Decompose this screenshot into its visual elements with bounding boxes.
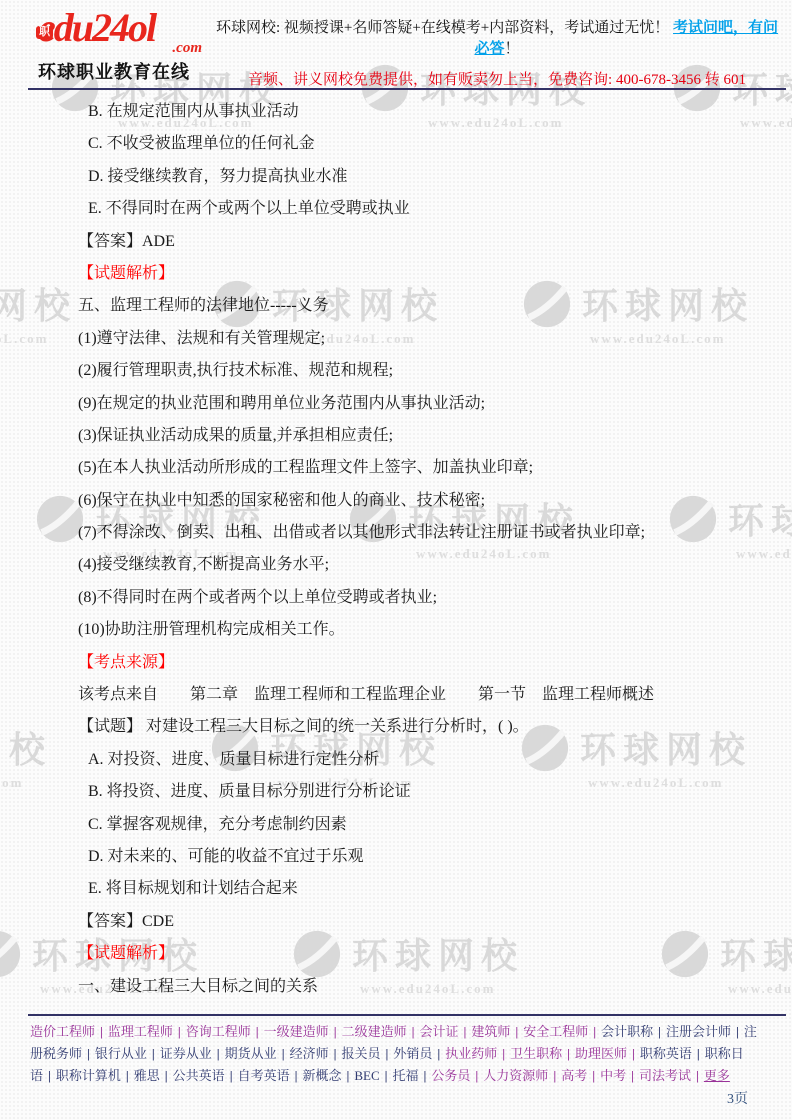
footer-link[interactable]: 卫生职称 (510, 1046, 562, 1061)
separator: | (592, 1068, 595, 1083)
content-line: (4)接受继续教育,不断提高业务水平; (0, 549, 792, 581)
footer-link[interactable]: 自考英语 (238, 1068, 290, 1083)
page-number: 3页 (727, 1088, 748, 1108)
footer-links: 造价工程师|监理工程师|咨询工程师|一级建造师|二级建造师|会计证|建筑师|安全… (0, 1016, 792, 1087)
separator: | (567, 1046, 570, 1061)
footer-link[interactable]: 二级建造师 (342, 1024, 407, 1039)
content-line: C. 掌握客观规律，充分考虑制约因素 (0, 809, 792, 841)
footer-link[interactable]: 银行从业 (95, 1046, 147, 1061)
logo-brand-text: edu24ol (38, 5, 155, 50)
content-line: (10)协助注册管理机构完成相关工作。 (0, 614, 792, 646)
footer-link[interactable]: 助理医师 (575, 1046, 627, 1061)
footer-link[interactable]: 会计职称 (601, 1024, 653, 1039)
content-line: D. 对未来的、可能的收益不宜过于乐观 (0, 841, 792, 873)
separator: | (126, 1068, 129, 1083)
footer-link[interactable]: 期货从业 (225, 1046, 277, 1061)
footer-link[interactable]: 职称计算机 (56, 1068, 121, 1083)
content-line: B. 在规定范围内从事执业活动 (0, 96, 792, 128)
footer-link[interactable]: 会计证 (419, 1024, 458, 1039)
content-line: 该考点来自 第二章 监理工程师和工程监理企业 第一节 监理工程师概述 (0, 679, 792, 711)
content-line: (3)保证执业活动成果的质量,并承担相应责任; (0, 420, 792, 452)
content-line: D. 接受继续教育，努力提高执业水准 (0, 161, 792, 193)
footer-link[interactable]: 造价工程师 (30, 1024, 95, 1039)
footer-link[interactable]: 注册会计师 (666, 1024, 731, 1039)
separator: | (463, 1024, 466, 1039)
edu24ol-logo: 职 edu24ol .com 环球职业教育在线 (38, 8, 208, 84)
content-line: 【答案】CDE (0, 906, 792, 938)
separator: | (658, 1024, 661, 1039)
footer-link[interactable]: 新概念 (302, 1068, 341, 1083)
separator: | (178, 1024, 181, 1039)
footer-link[interactable]: 监理工程师 (108, 1024, 173, 1039)
footer-link[interactable]: 人力资源师 (483, 1068, 548, 1083)
footer-link[interactable]: 高考 (561, 1068, 587, 1083)
footer-link[interactable]: 公共英语 (173, 1068, 225, 1083)
logo-badge: 职 (36, 26, 53, 39)
separator: | (697, 1046, 700, 1061)
separator: | (502, 1046, 505, 1061)
separator: | (385, 1068, 388, 1083)
separator: | (424, 1068, 427, 1083)
content-line: 五、监理工程师的法律地位-----义务 (0, 290, 792, 322)
separator: | (334, 1046, 337, 1061)
promo-line1-text: 环球网校: 视频授课+名师答疑+在线模考+内部资料，考试通过无忧！ (216, 20, 673, 36)
separator: | (334, 1024, 337, 1039)
content-line: E. 将目标规划和计划结合起来 (0, 873, 792, 905)
content-line: B. 将投资、进度、质量目标分别进行分析论证 (0, 776, 792, 808)
content-line: (5)在本人执业活动所形成的工程监理文件上签字、加盖执业印章; (0, 452, 792, 484)
footer-link[interactable]: 一级建造师 (264, 1024, 329, 1039)
separator: | (295, 1068, 298, 1083)
separator: | (553, 1068, 556, 1083)
footer-link[interactable]: 公务员 (431, 1068, 470, 1083)
footer-link[interactable]: 外销员 (393, 1046, 432, 1061)
separator: | (346, 1068, 349, 1083)
separator: | (696, 1068, 699, 1083)
footer-link[interactable]: 职称英语 (640, 1046, 692, 1061)
promo-block: 环球网校: 视频授课+名师答疑+在线模考+内部资料，考试通过无忧！ 考试问吧，有… (210, 16, 784, 89)
separator: | (48, 1068, 51, 1083)
footer-link[interactable]: 咨询工程师 (186, 1024, 251, 1039)
footer-link[interactable]: 经济师 (290, 1046, 329, 1061)
content-line: 【试题】 对建设工程三大目标之间的统一关系进行分析时，( )。 (0, 711, 792, 743)
content-line: 【考点来源】 (0, 647, 792, 679)
separator: | (230, 1068, 233, 1083)
separator: | (217, 1046, 220, 1061)
separator: | (87, 1046, 90, 1061)
content-line: C. 不收受被监理单位的任何礼金 (0, 128, 792, 160)
footer-link[interactable]: 中考 (600, 1068, 626, 1083)
separator: | (515, 1024, 518, 1039)
footer-link[interactable]: 托福 (393, 1068, 419, 1083)
logo-tagline: 环球职业教育在线 (38, 58, 208, 84)
separator: | (412, 1024, 415, 1039)
footer-link[interactable]: 报关员 (341, 1046, 380, 1061)
free-materials-notice: 音频、讲义网校免费提供，如有贩卖勿上当，免费咨询: 400-678-3456 转… (210, 68, 784, 89)
footer-link[interactable]: 更多 (704, 1068, 730, 1083)
content-line: E. 不得同时在两个或两个以上单位受聘或执业 (0, 193, 792, 225)
footer-link[interactable]: 司法考试 (639, 1068, 691, 1083)
footer-link[interactable]: 执业药师 (445, 1046, 497, 1061)
header-divider (28, 88, 786, 90)
content-line: (6)保守在执业中知悉的国家秘密和他人的商业、技术秘密; (0, 485, 792, 517)
content-line: 【试题解析】 (0, 258, 792, 290)
promo-line1-suffix: ！ (505, 41, 520, 57)
content-line: (1)遵守法律、法规和有关管理规定; (0, 323, 792, 355)
content-line: (2)履行管理职责,执行技术标准、规范和规程; (0, 355, 792, 387)
page-footer: 造价工程师|监理工程师|咨询工程师|一级建造师|二级建造师|会计证|建筑师|安全… (0, 1016, 792, 1120)
content-line: A. 对投资、进度、质量目标进行定性分析 (0, 744, 792, 776)
separator: | (736, 1024, 739, 1039)
separator: | (282, 1046, 285, 1061)
content-line: (7)不得涂改、倒卖、出租、出借或者以其他形式非法转让注册证书或者执业印章; (0, 517, 792, 549)
separator: | (475, 1068, 478, 1083)
content-area: B. 在规定范围内从事执业活动C. 不收受被监理单位的任何礼金D. 接受继续教育… (0, 92, 792, 1018)
page-header: 职 edu24ol .com 环球职业教育在线 环球网校: 视频授课+名师答疑+… (0, 0, 792, 88)
content-line: 一、建设工程三大目标之间的关系 (0, 971, 792, 1003)
footer-link[interactable]: 建筑师 (471, 1024, 510, 1039)
footer-link[interactable]: 雅思 (134, 1068, 160, 1083)
footer-link[interactable]: 证券从业 (160, 1046, 212, 1061)
content-line: 【答案】ADE (0, 226, 792, 258)
footer-link[interactable]: BEC (354, 1068, 379, 1083)
content-line: (8)不得同时在两个或者两个以上单位受聘或者执业; (0, 582, 792, 614)
separator: | (256, 1024, 259, 1039)
separator: | (593, 1024, 596, 1039)
separator: | (631, 1068, 634, 1083)
separator: | (437, 1046, 440, 1061)
separator: | (100, 1024, 103, 1039)
document-page: 环球网校www.edu24oL.com环球网校www.edu24oL.com环球… (0, 0, 792, 1120)
content-line: 【试题解析】 (0, 938, 792, 970)
separator: | (632, 1046, 635, 1061)
separator: | (385, 1046, 388, 1061)
separator: | (165, 1068, 168, 1083)
footer-link[interactable]: 安全工程师 (523, 1024, 588, 1039)
separator: | (152, 1046, 155, 1061)
content-line: (9)在规定的执业范围和聘用单位业务范围内从事执业活动; (0, 388, 792, 420)
promo-line1: 环球网校: 视频授课+名师答疑+在线模考+内部资料，考试通过无忧！ 考试问吧，有… (210, 16, 784, 58)
